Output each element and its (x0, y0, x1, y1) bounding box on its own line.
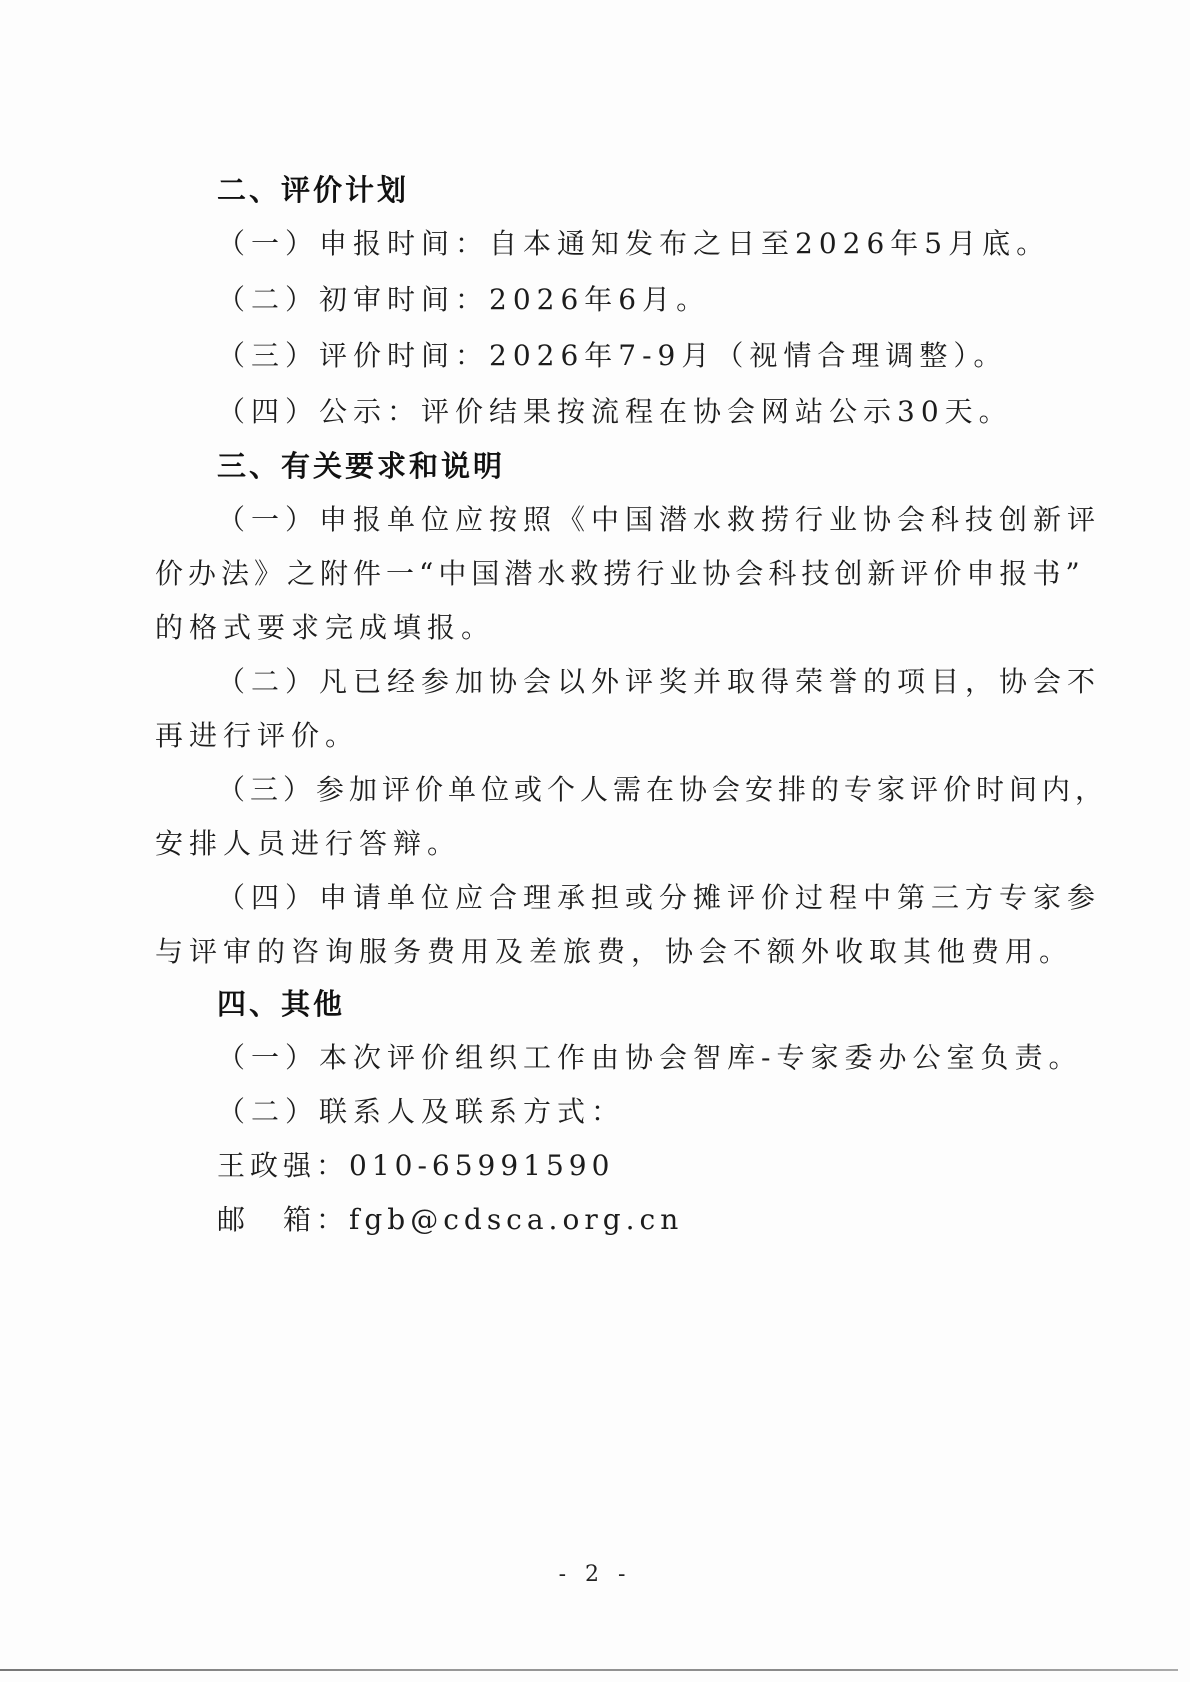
requirement-4-line-2: 与评审的咨询服务费用及差旅费，协会不额外收取其他费用。 (155, 934, 1073, 970)
section-heading-requirements: 三、有关要求和说明 (217, 448, 505, 484)
requirement-4-line-1: （四）申请单位应合理承担或分摊评价过程中第三方专家参 (217, 880, 1101, 916)
plan-item-evaluation-time: （三）评价时间：2026年7-9月（视情合理调整）。 (217, 338, 1007, 374)
requirement-1-line-2: 价办法》之附件一“中国潜水救捞行业协会科技创新评价申报书” (155, 556, 1085, 592)
plan-item-preliminary-review: （二）初审时间：2026年6月。 (217, 282, 710, 318)
requirement-1-line-1: （一）申报单位应按照《中国潜水救捞行业协会科技创新评 (217, 502, 1101, 538)
requirement-3-line-2: 安排人员进行答辩。 (155, 826, 461, 862)
bottom-rule-divider (0, 1669, 1178, 1671)
requirement-2-line-2: 再进行评价。 (155, 718, 359, 754)
contact-email: 邮 箱：fgb@cdsca.org.cn (217, 1202, 683, 1238)
other-item-contact-label: （二）联系人及联系方式： (217, 1094, 625, 1130)
contact-person-phone: 王政强：010-65991590 (217, 1148, 614, 1184)
requirement-2-line-1: （二）凡已经参加协会以外评奖并取得荣誉的项目，协会不 (217, 664, 1101, 700)
section-heading-evaluation-plan: 二、评价计划 (217, 172, 409, 208)
plan-item-publicity: （四）公示：评价结果按流程在协会网站公示30天。 (217, 394, 1013, 430)
requirement-1-line-3: 的格式要求完成填报。 (155, 610, 495, 646)
document-page: 二、评价计划 （一）申报时间：自本通知发布之日至2026年5月底。 （二）初审时… (0, 0, 1190, 1682)
plan-item-application-time: （一）申报时间：自本通知发布之日至2026年5月底。 (217, 226, 1050, 262)
other-item-organizer: （一）本次评价组织工作由协会智库-专家委办公室负责。 (217, 1040, 1082, 1076)
section-heading-other: 四、其他 (217, 986, 345, 1022)
page-number: - 2 - (0, 1562, 1190, 1587)
requirement-3-line-1: （三）参加评价单位或个人需在协会安排的专家评价时间内， (217, 772, 1108, 808)
